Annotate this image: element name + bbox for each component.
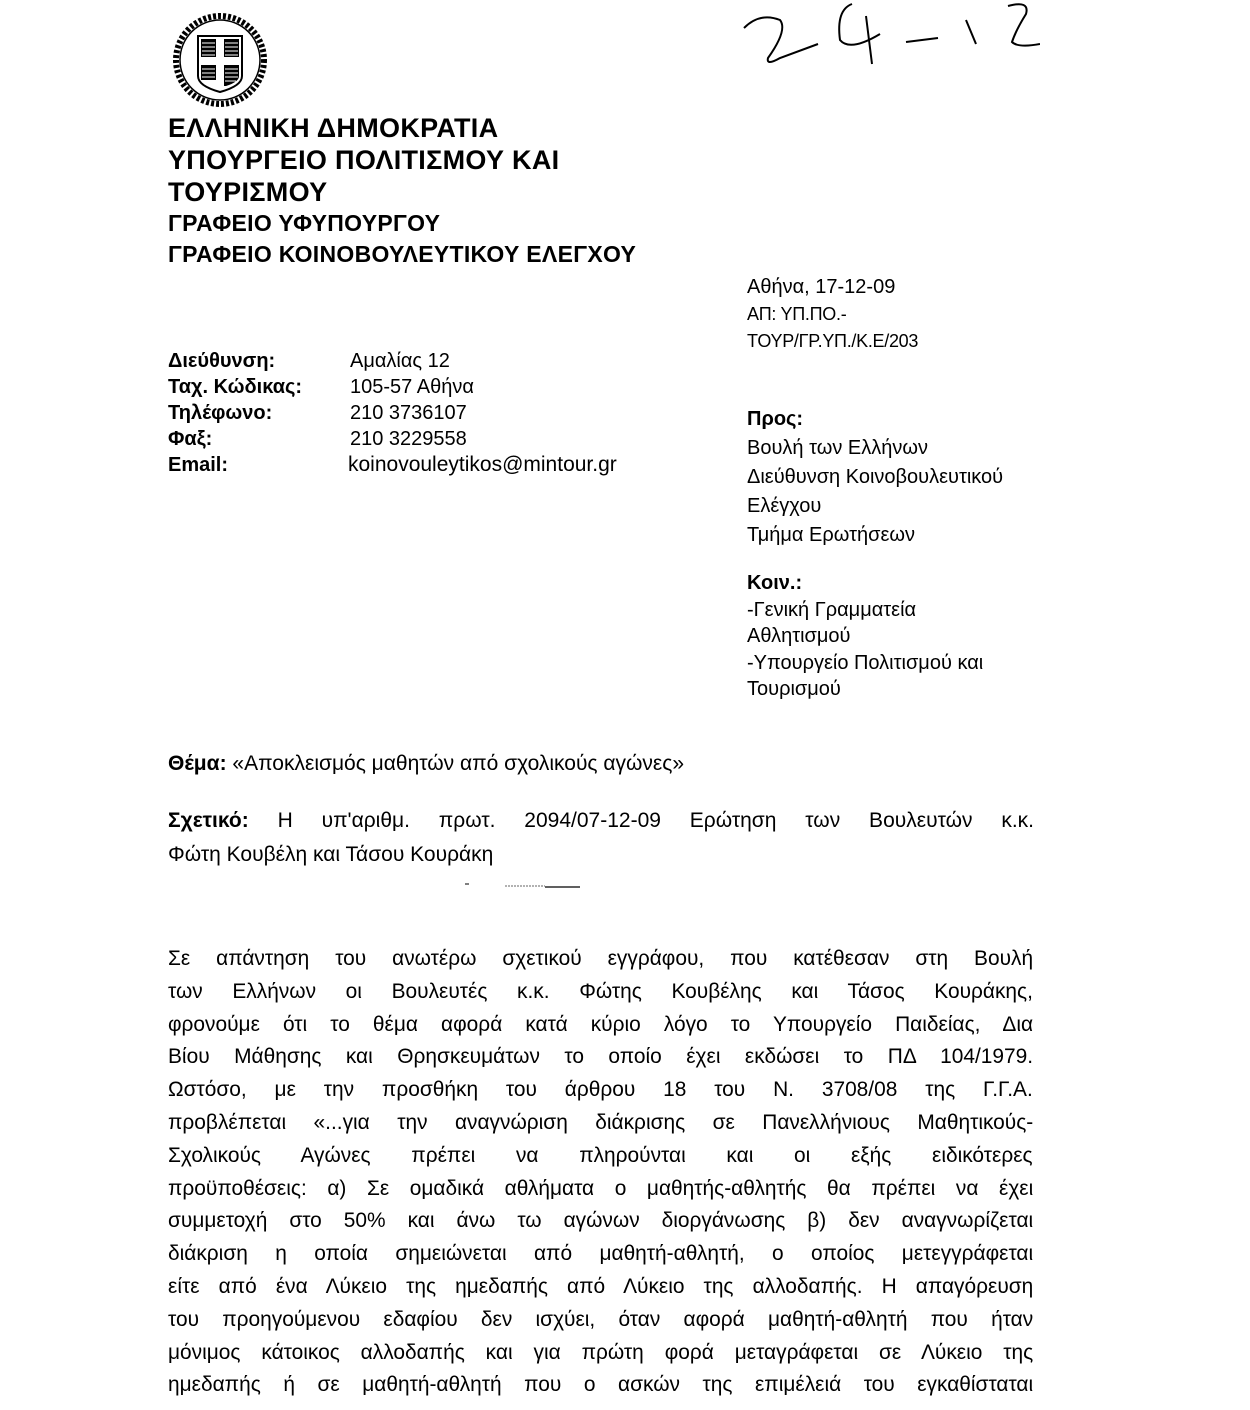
ministry-line: ΕΛΛΗΝΙΚΗ ΔΗΜΟΚΡΑΤΙΑ [168, 112, 636, 144]
body-line: φρονούμε ότι το θέμα αφορά κατά κύριο λό… [168, 1009, 1030, 1042]
contact-value: 210 3736107 [348, 400, 617, 426]
cc-line: Αθλητισμού [747, 623, 1003, 650]
related-text: Φώτη Κουβέλη και Τάσου Κουράκη [168, 838, 1034, 872]
contact-label: Τηλέφωνο: [168, 400, 348, 426]
contact-label: Διεύθυνση: [168, 348, 348, 374]
body-line: προϋποθέσεις: α) Σε ομαδικά αθλήματα ο μ… [168, 1173, 1030, 1206]
subject-line: Θέμα: «Αποκλεισμός μαθητών από σχολικούς… [168, 752, 684, 776]
greek-coat-of-arms-icon [170, 10, 270, 110]
cc-line: Τουρισμού [747, 676, 1003, 703]
protocol-line: ΤΟΥΡ/ΓΡ.ΥΠ./Κ.Ε/203 [747, 328, 918, 355]
ministry-line: ΤΟΥΡΙΣΜΟΥ [168, 176, 636, 208]
related-text: Η υπ'αριθμ. πρωτ. 2094/07-12-09 Ερώτηση … [278, 809, 1034, 832]
related-reference: Σχετικό: Η υπ'αριθμ. πρωτ. 2094/07-12-09… [168, 804, 1034, 872]
recipient-line: Βουλή των Ελλήνων [747, 434, 1003, 463]
body-line: προβλέπεται «...για την αναγνώριση διάκρ… [168, 1107, 1030, 1140]
contact-label: Φαξ: [168, 426, 348, 452]
contact-info: Διεύθυνση:Αμαλίας 12 Ταχ. Κώδικας:105-57… [168, 348, 617, 478]
recipient-line: Ελέγχου [747, 492, 1003, 521]
cc-line: -Υπουργείο Πολιτισμού και [747, 650, 1003, 677]
letter-body: Σε απάντηση του ανωτέρω σχετικού εγγράφο… [168, 943, 1030, 1402]
protocol-line: ΑΠ: ΥΠ.ΠΟ.- [747, 301, 918, 328]
scan-artifact [465, 876, 580, 882]
ministry-header: ΕΛΛΗΝΙΚΗ ΔΗΜΟΚΡΑΤΙΑ ΥΠΟΥΡΓΕΙΟ ΠΟΛΙΤΙΣΜΟΥ… [168, 112, 636, 270]
cc-heading: Κοιν.: [747, 570, 1003, 597]
body-line: των Ελλήνων οι Βουλευτές κ.κ. Φώτης Κουβ… [168, 976, 1030, 1009]
date-line: Αθήνα, 17-12-09 [747, 274, 918, 301]
contact-label: Ταχ. Κώδικας: [168, 374, 348, 400]
body-line: Ωστόσο, με την προσθήκη του άρθρου 18 το… [168, 1074, 1030, 1107]
handwritten-note [740, 0, 1040, 70]
recipient-line: Τμήμα Ερωτήσεων [747, 521, 1003, 550]
contact-value: 105-57 Αθήνα [348, 374, 617, 400]
office-line: ΓΡΑΦΕΙΟ ΚΟΙΝΟΒΟΥΛΕΥΤΙΚΟΥ ΕΛΕΓΧΟΥ [168, 239, 636, 270]
recipient-line: Διεύθυνση Κοινοβουλευτικού [747, 463, 1003, 492]
cc-line: -Γενική Γραμματεία [747, 597, 1003, 624]
contact-value: 210 3229558 [348, 426, 617, 452]
body-line: είτε από ένα Λύκειο της ημεδαπής από Λύκ… [168, 1271, 1030, 1304]
ministry-line: ΥΠΟΥΡΓΕΙΟ ΠΟΛΙΤΙΣΜΟΥ ΚΑΙ [168, 144, 636, 176]
office-line: ΓΡΑΦΕΙΟ ΥΦΥΠΟΥΡΓΟΥ [168, 208, 636, 239]
body-line: διάκριση η οποία σημειώνεται από μαθητή-… [168, 1238, 1030, 1271]
to-heading: Προς: [747, 405, 1003, 434]
body-line: ημεδαπής ή σε μαθητή-αθλητή που ο ασκών … [168, 1369, 1030, 1402]
body-line: Σχολικούς Αγώνες πρέπει να πληρούνται κα… [168, 1140, 1030, 1173]
body-line: μόνιμος κάτοικος αλλοδαπής και για πρώτη… [168, 1337, 1030, 1370]
subject-text: «Αποκλεισμός μαθητών από σχολικούς αγώνε… [232, 752, 684, 775]
body-line: Σε απάντηση του ανωτέρω σχετικού εγγράφο… [168, 943, 1030, 976]
email-link[interactable]: koinovouleytikos@mintour.gr [348, 452, 617, 478]
contact-label: Email: [168, 452, 348, 478]
subject-label: Θέμα: [168, 752, 227, 775]
recipients-block: Προς: Βουλή των Ελλήνων Διεύθυνση Κοινοβ… [747, 405, 1003, 703]
body-line: Βίου Μάθησης και Θρησκευμάτων το οποίο έ… [168, 1041, 1030, 1074]
body-line: συμμετοχή στο 50% και άνω τω αγώνων διορ… [168, 1205, 1030, 1238]
reference-block: Αθήνα, 17-12-09 ΑΠ: ΥΠ.ΠΟ.- ΤΟΥΡ/ΓΡ.ΥΠ./… [747, 274, 918, 355]
body-line: του προηγούμενου εδαφίου δεν ισχύει, ότα… [168, 1304, 1030, 1337]
related-label: Σχετικό: [168, 809, 249, 832]
contact-value: Αμαλίας 12 [348, 348, 617, 374]
